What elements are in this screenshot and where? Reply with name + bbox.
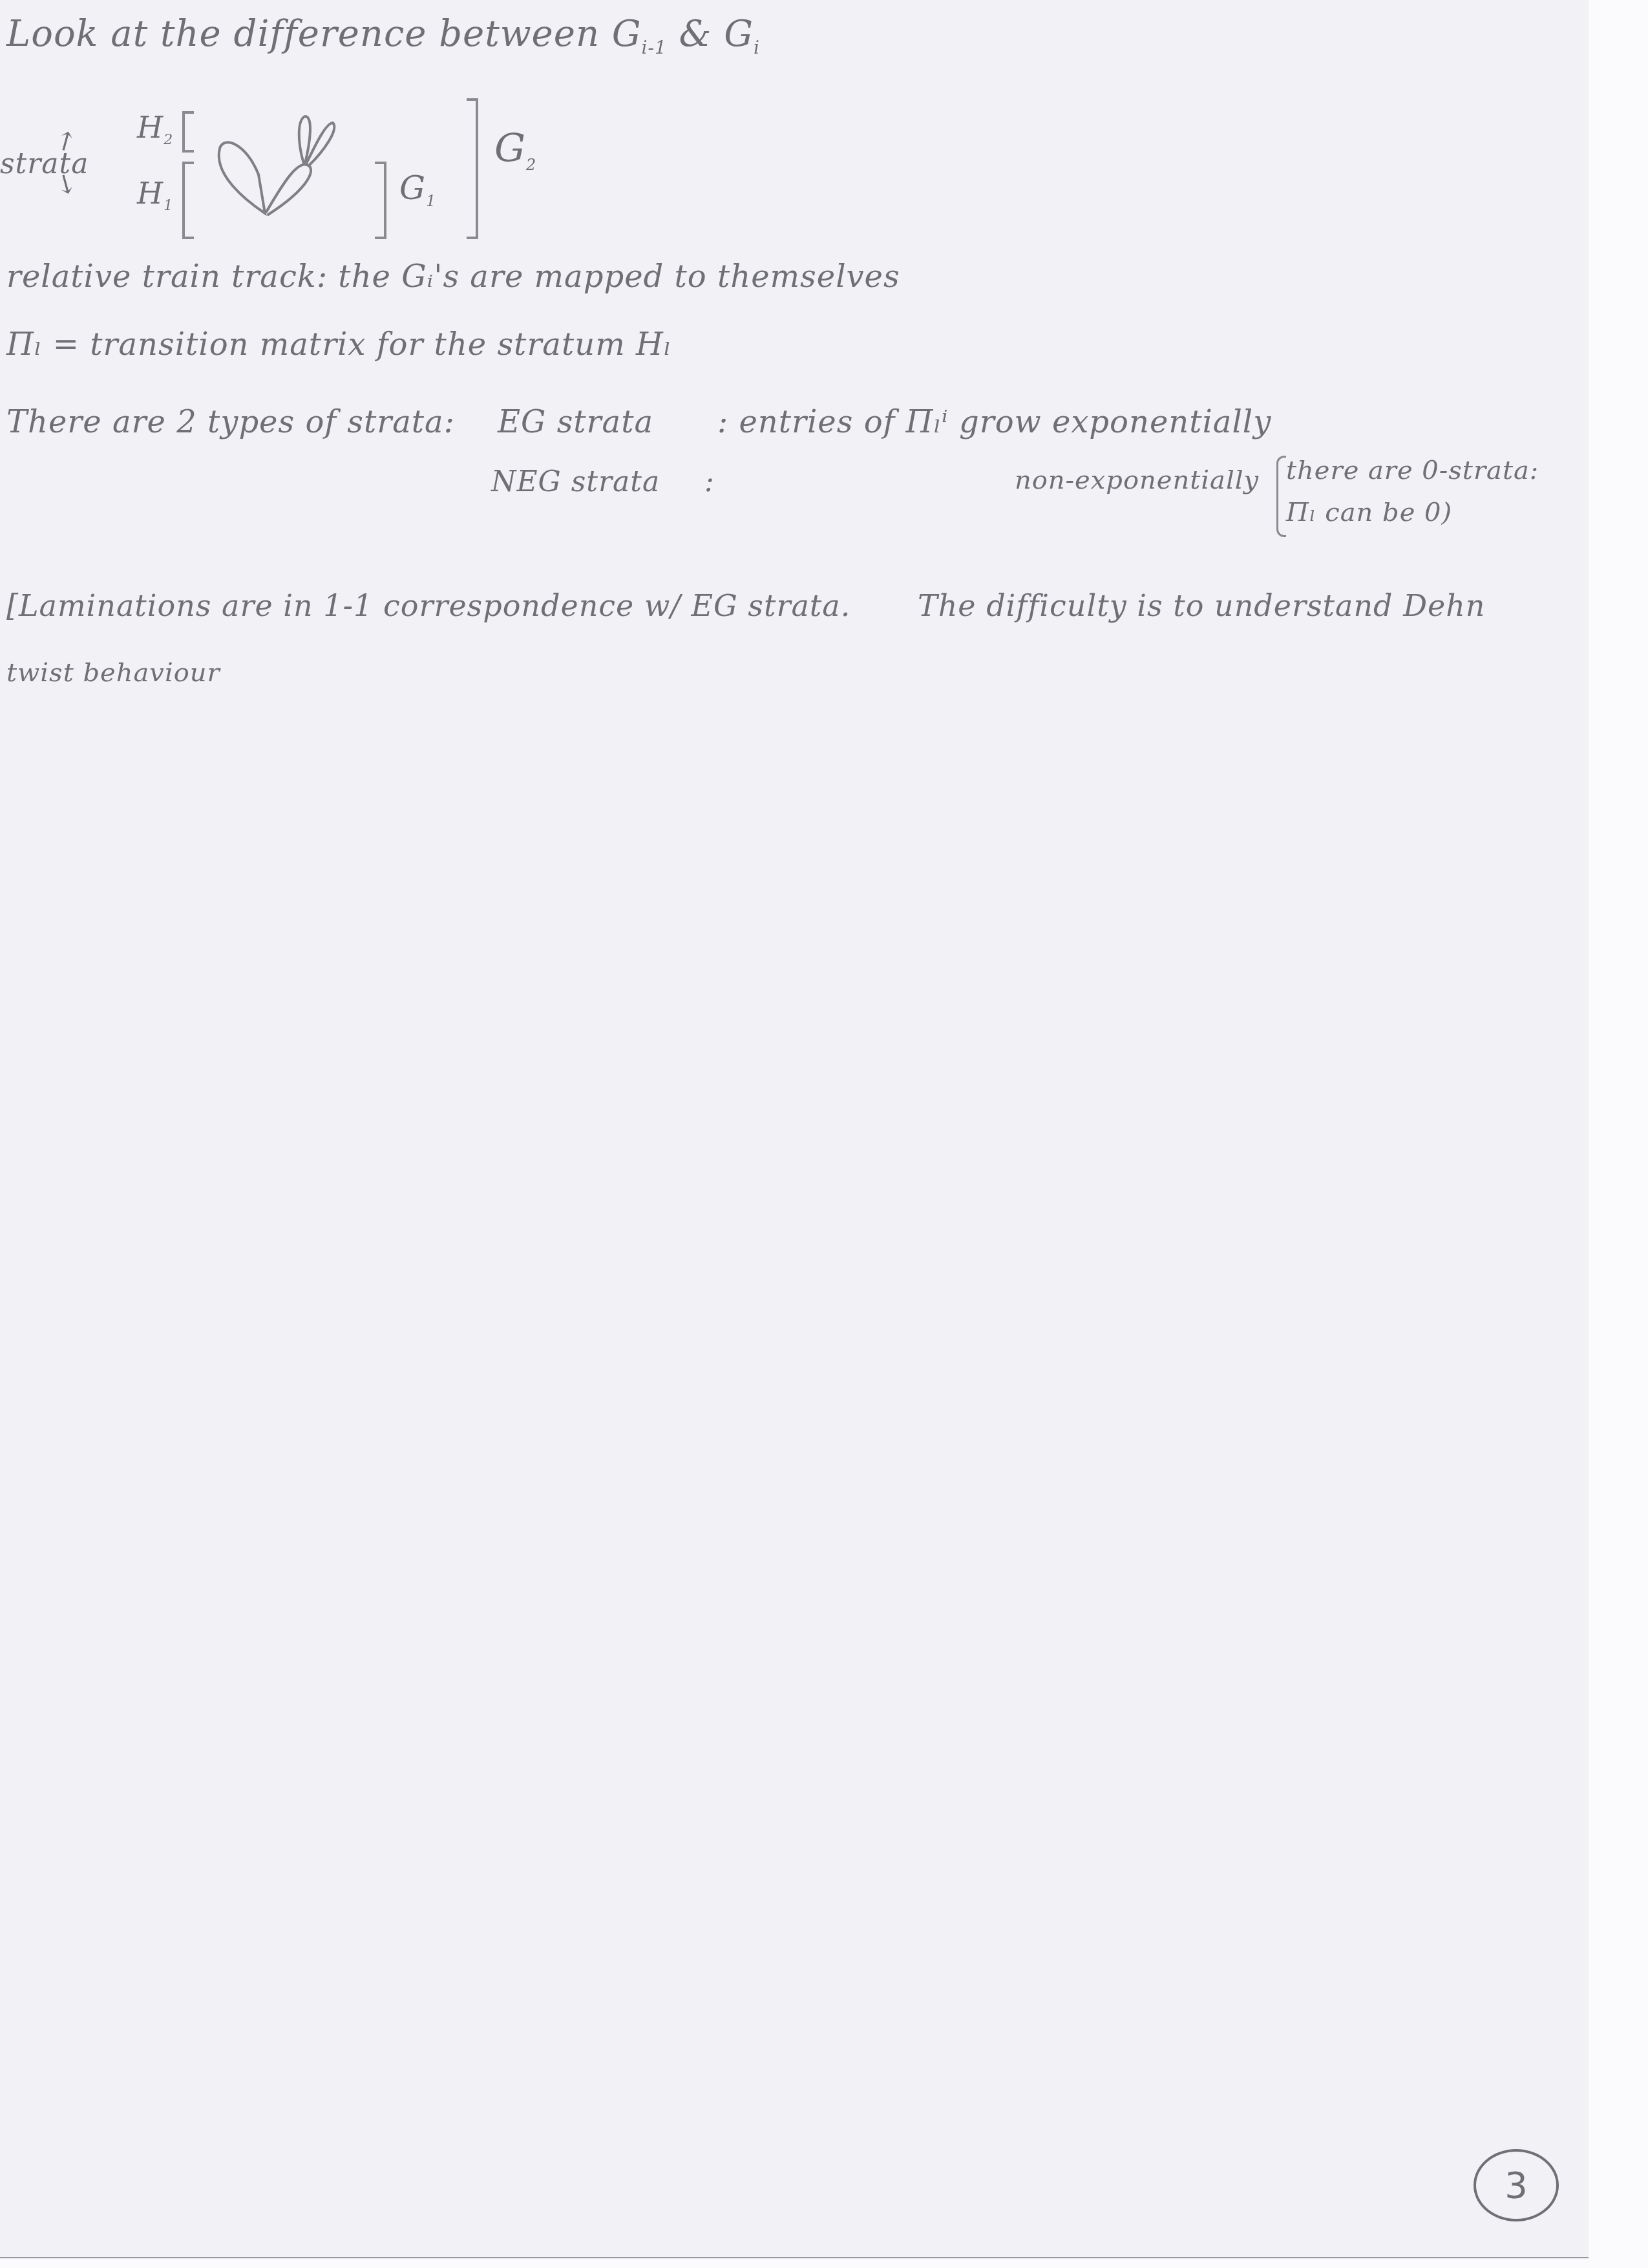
h2-open-bracket <box>182 111 194 153</box>
g2-letter: G <box>494 126 526 171</box>
transition-matrix-line: Πₗ = transition matrix for the stratum H… <box>6 326 671 363</box>
h1-subscript: 1 <box>164 198 173 214</box>
zero-strata-paren <box>1276 456 1286 537</box>
neg-colon: : <box>704 465 715 498</box>
rose-graph-icon <box>194 103 362 239</box>
relative-train-track-line: relative train track: the Gᵢ's are mappe… <box>6 259 900 295</box>
h2-label: H2 <box>137 110 173 148</box>
h1-label: H1 <box>137 176 173 214</box>
twist-behaviour-line: twist behaviour <box>6 658 220 688</box>
g1-label: G1 <box>399 169 436 210</box>
subscript-i: i <box>754 37 760 58</box>
g2-label: G2 <box>494 126 536 174</box>
difficulty-line: The difficulty is to understand Dehn <box>918 588 1486 623</box>
laminations-line: [Laminations are in 1-1 correspondence w… <box>6 588 850 623</box>
heading-and-g: & G <box>667 13 754 55</box>
g2-subscript: 2 <box>526 156 536 174</box>
eg-strata-label: EG strata <box>498 404 653 440</box>
types-intro: There are 2 types of strata: <box>6 404 455 440</box>
eg-strata-description: : entries of Πₗⁱ grow exponentially <box>717 404 1271 440</box>
subscript-i-minus-1: i-1 <box>642 37 667 58</box>
neg-strata-label: NEG strata <box>491 465 660 498</box>
heading-text: Look at the difference between G <box>6 13 642 55</box>
neg-strata-description: non-exponentially <box>1015 465 1259 495</box>
h2-letter: H <box>137 110 164 145</box>
g1-letter: G <box>399 169 426 207</box>
h1-petal-right <box>266 164 311 215</box>
zero-strata-note-line1: there are 0-strata: <box>1286 456 1539 485</box>
h1-petal-left <box>219 142 265 213</box>
zero-strata-note-line2: Πₗ can be 0) <box>1286 498 1452 527</box>
heading-line: Look at the difference between Gi-1 & Gi <box>6 13 760 58</box>
page-number: 3 <box>1474 2149 1559 2221</box>
g2-close-bracket <box>467 98 478 239</box>
h1-open-bracket <box>182 162 194 239</box>
g1-subscript: 1 <box>426 192 436 210</box>
h2-subscript: 2 <box>164 132 173 148</box>
g1-close-bracket <box>375 162 386 239</box>
h1-letter: H <box>137 176 164 211</box>
